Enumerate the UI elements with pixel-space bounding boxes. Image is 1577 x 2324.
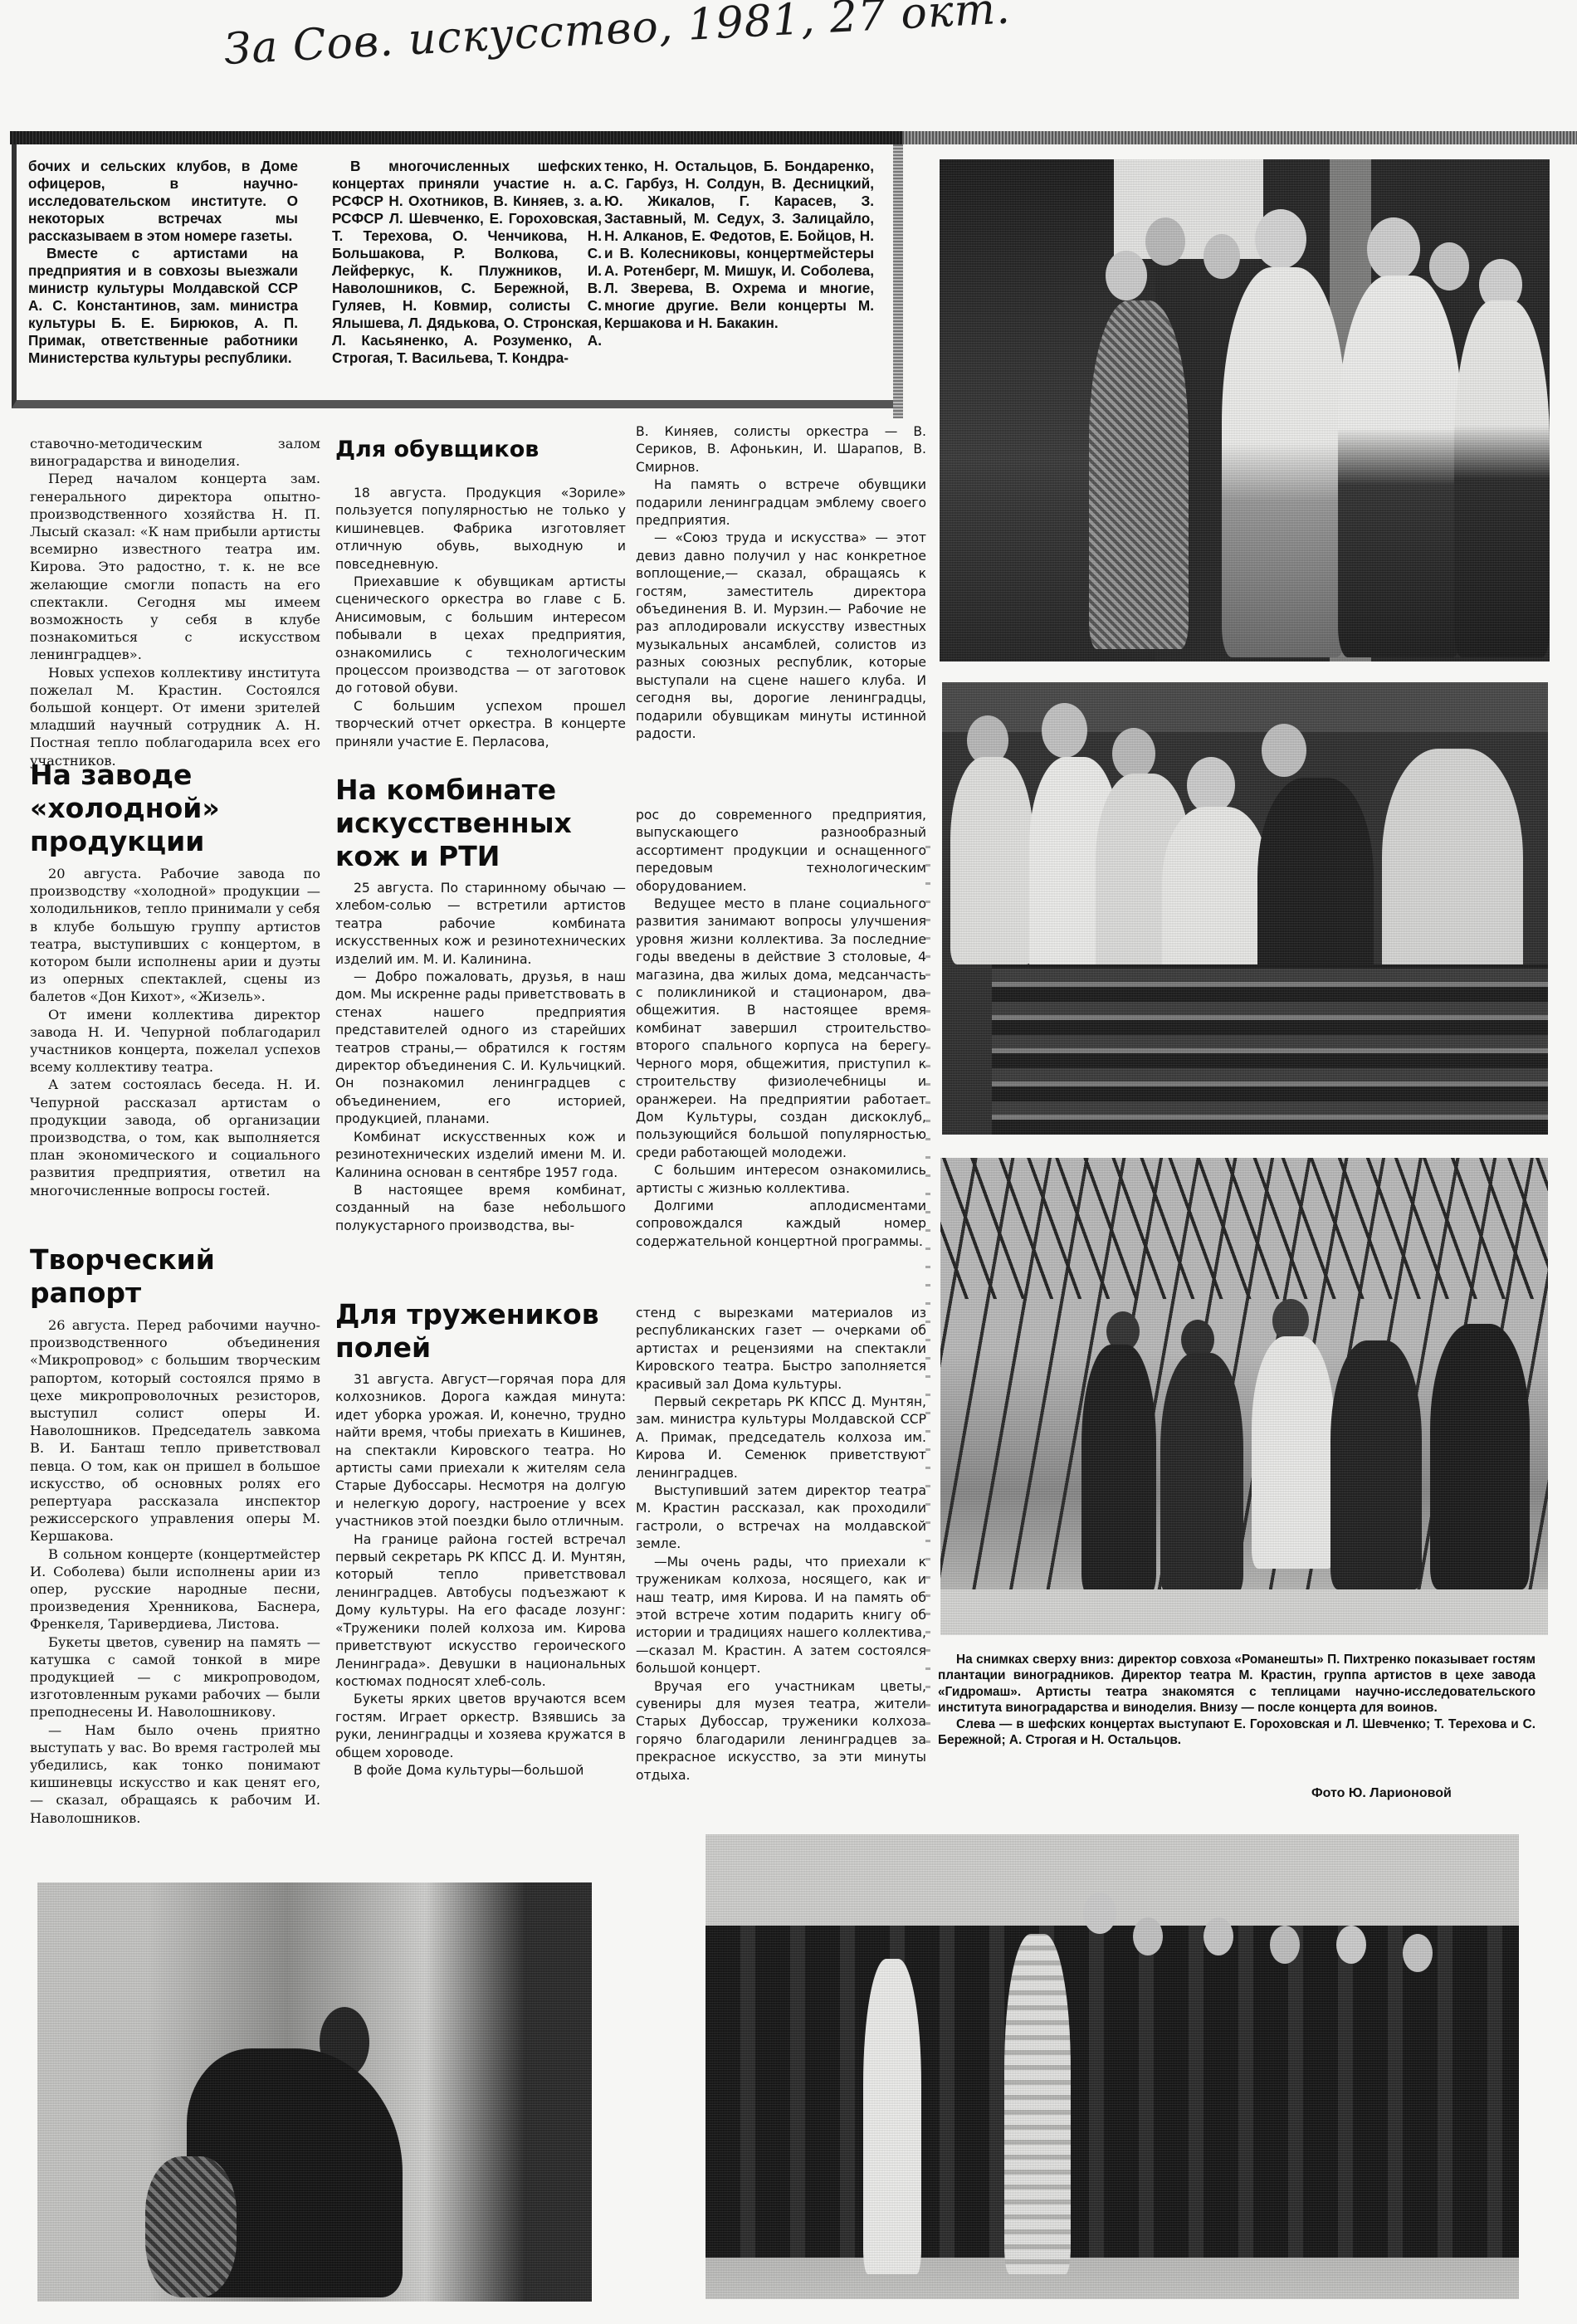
- paragraph: В сольном концерте (концертмейстер И. Со…: [30, 1545, 320, 1633]
- greenhouse-photo: [940, 1158, 1548, 1635]
- paragraph: 26 августа. Перед рабочими научно-произв…: [30, 1316, 320, 1545]
- paragraph: Долгими аплодисментами сопровождался каж…: [636, 1198, 926, 1251]
- paragraph: рос до современного предприятия, выпуска…: [636, 807, 926, 896]
- boxed-intro-col-1: бочих и сельских клубов, в Доме офицеров…: [28, 158, 298, 367]
- paragraph: Букеты цветов, сувенир на память — катуш…: [30, 1633, 320, 1721]
- photo-caption: На снимках сверху вниз: директор совхоза…: [938, 1652, 1535, 1748]
- headline-leather-plant: На комбинате искусственных кож и РТИ: [335, 774, 626, 873]
- paragraph: От имени коллектива директор завода Н. И…: [30, 1006, 320, 1077]
- top-rule: [10, 131, 1577, 144]
- headline-creative-report: Творческий рапорт: [30, 1243, 320, 1310]
- paragraph: — «Союз труда и искусства» — этот девиз …: [636, 530, 926, 743]
- caption-paragraph: Слева — в шефских концертах выступают Е.…: [938, 1716, 1535, 1749]
- top-rule-light-segment: [902, 131, 1577, 144]
- paragraph: С большим интересом ознакомились артисты…: [636, 1162, 926, 1198]
- paragraph: бочих и сельских клубов, в Доме офицеров…: [28, 158, 298, 245]
- paragraph: — Добро пожаловать, друзья, в наш дом. М…: [335, 969, 626, 1129]
- column-separator: [925, 830, 930, 1743]
- paragraph: ставочно-методическим залом виноградарст…: [30, 435, 320, 470]
- vineyard-visit-photo: [940, 159, 1550, 662]
- photo-credit: Фото Ю. Ларионовой: [1311, 1786, 1452, 1801]
- headline-field-workers: Для тружеников полей: [335, 1298, 626, 1365]
- paragraph: 20 августа. Рабочие завода по производст…: [30, 865, 320, 1006]
- article-leather-plant-continued: рос до современного предприятия, выпуска…: [636, 807, 926, 1251]
- group-after-concert-photo: [705, 1834, 1519, 2299]
- article-shoemakers-continued: В. Киняев, солисты оркестра — В. Сериков…: [636, 423, 926, 743]
- paragraph: Комбинат искусственных кож и резинотехни…: [335, 1129, 626, 1182]
- paragraph: 18 августа. Продукция «Зориле» пользуетс…: [335, 485, 626, 574]
- paragraph: В фойе Дома культуры—большой: [335, 1762, 626, 1780]
- boxed-intro-col-3: тенко, Н. Остальцов, Б. Бондаренко, С. Г…: [604, 158, 874, 332]
- paragraph: Новых успехов коллективу института пожел…: [30, 664, 320, 769]
- article-field-workers-continued: стенд с вырезками материалов из республи…: [636, 1305, 926, 1784]
- paragraph: —Мы очень рады, что приехали к труженика…: [636, 1554, 926, 1678]
- boxed-intro-col-2: В многочисленных шефских концертах приня…: [332, 158, 602, 367]
- handwritten-source-note: За Сов. искусство, 1981, 27 окт.: [222, 0, 1011, 75]
- boxed-intro-edge: [893, 144, 903, 418]
- article-creative-report: Творческий рапорт 26 августа. Перед рабо…: [30, 1240, 320, 1827]
- gidromash-factory-photo: [942, 682, 1548, 1135]
- paragraph: В настоящее время комбинат, созданный на…: [335, 1182, 626, 1235]
- paragraph: стенд с вырезками материалов из республи…: [636, 1305, 926, 1394]
- performer-kneeling-photo: [37, 1882, 592, 2302]
- paragraph: А затем состоялась беседа. Н. И. Чепурно…: [30, 1076, 320, 1199]
- paragraph: Выступивший затем директор театра М. Кра…: [636, 1482, 926, 1554]
- article-shoemakers: Для обувщиков 18 августа. Продукция «Зор…: [335, 433, 626, 751]
- paragraph: С большим успехом прошел творческий отче…: [335, 698, 626, 751]
- article-field-workers: Для тружеников полей 31 августа. Август—…: [335, 1295, 626, 1780]
- paragraph: В многочисленных шефских концертах приня…: [332, 158, 602, 367]
- paragraph: Приехавшие к обувщикам артисты сценическ…: [335, 574, 626, 698]
- paragraph: 25 августа. По старинному обычаю — хлебо…: [335, 880, 626, 969]
- paragraph: 31 августа. Август—горячая пора для колх…: [335, 1371, 626, 1531]
- paragraph: Букеты ярких цветов вручаются всем гостя…: [335, 1691, 626, 1762]
- paragraph: На память о встрече обувщики подарили ле…: [636, 476, 926, 530]
- paragraph: Ведущее место в плане социального развит…: [636, 896, 926, 1162]
- headline-cold-products: На заводе «холодной» продукции: [30, 759, 320, 858]
- paragraph: тенко, Н. Остальцов, Б. Бондаренко, С. Г…: [604, 158, 874, 332]
- caption-paragraph: На снимках сверху вниз: директор совхоза…: [938, 1652, 1535, 1716]
- paragraph: В. Киняев, солисты оркестра — В. Сериков…: [636, 423, 926, 476]
- paragraph: На границе района гостей встречал первый…: [335, 1531, 626, 1692]
- paragraph: Вручая его участникам цветы, сувениры дл…: [636, 1678, 926, 1784]
- paragraph: — Нам было очень приятно выступать у вас…: [30, 1721, 320, 1827]
- paragraph: Вместе с артистами на предприятия и в со…: [28, 245, 298, 367]
- article-cold-products: На заводе «холодной» продукции 20 август…: [30, 755, 320, 1199]
- paragraph: Перед началом концерта зам. генерального…: [30, 470, 320, 663]
- headline-shoemakers: Для обувщиков: [335, 433, 626, 466]
- paragraph: Первый секретарь РК КПСС Д. Мунтян, зам.…: [636, 1394, 926, 1482]
- article-institute-continued: ставочно-методическим залом виноградарст…: [30, 435, 320, 769]
- article-leather-plant: На комбинате искусственных кож и РТИ 25 …: [335, 770, 626, 1235]
